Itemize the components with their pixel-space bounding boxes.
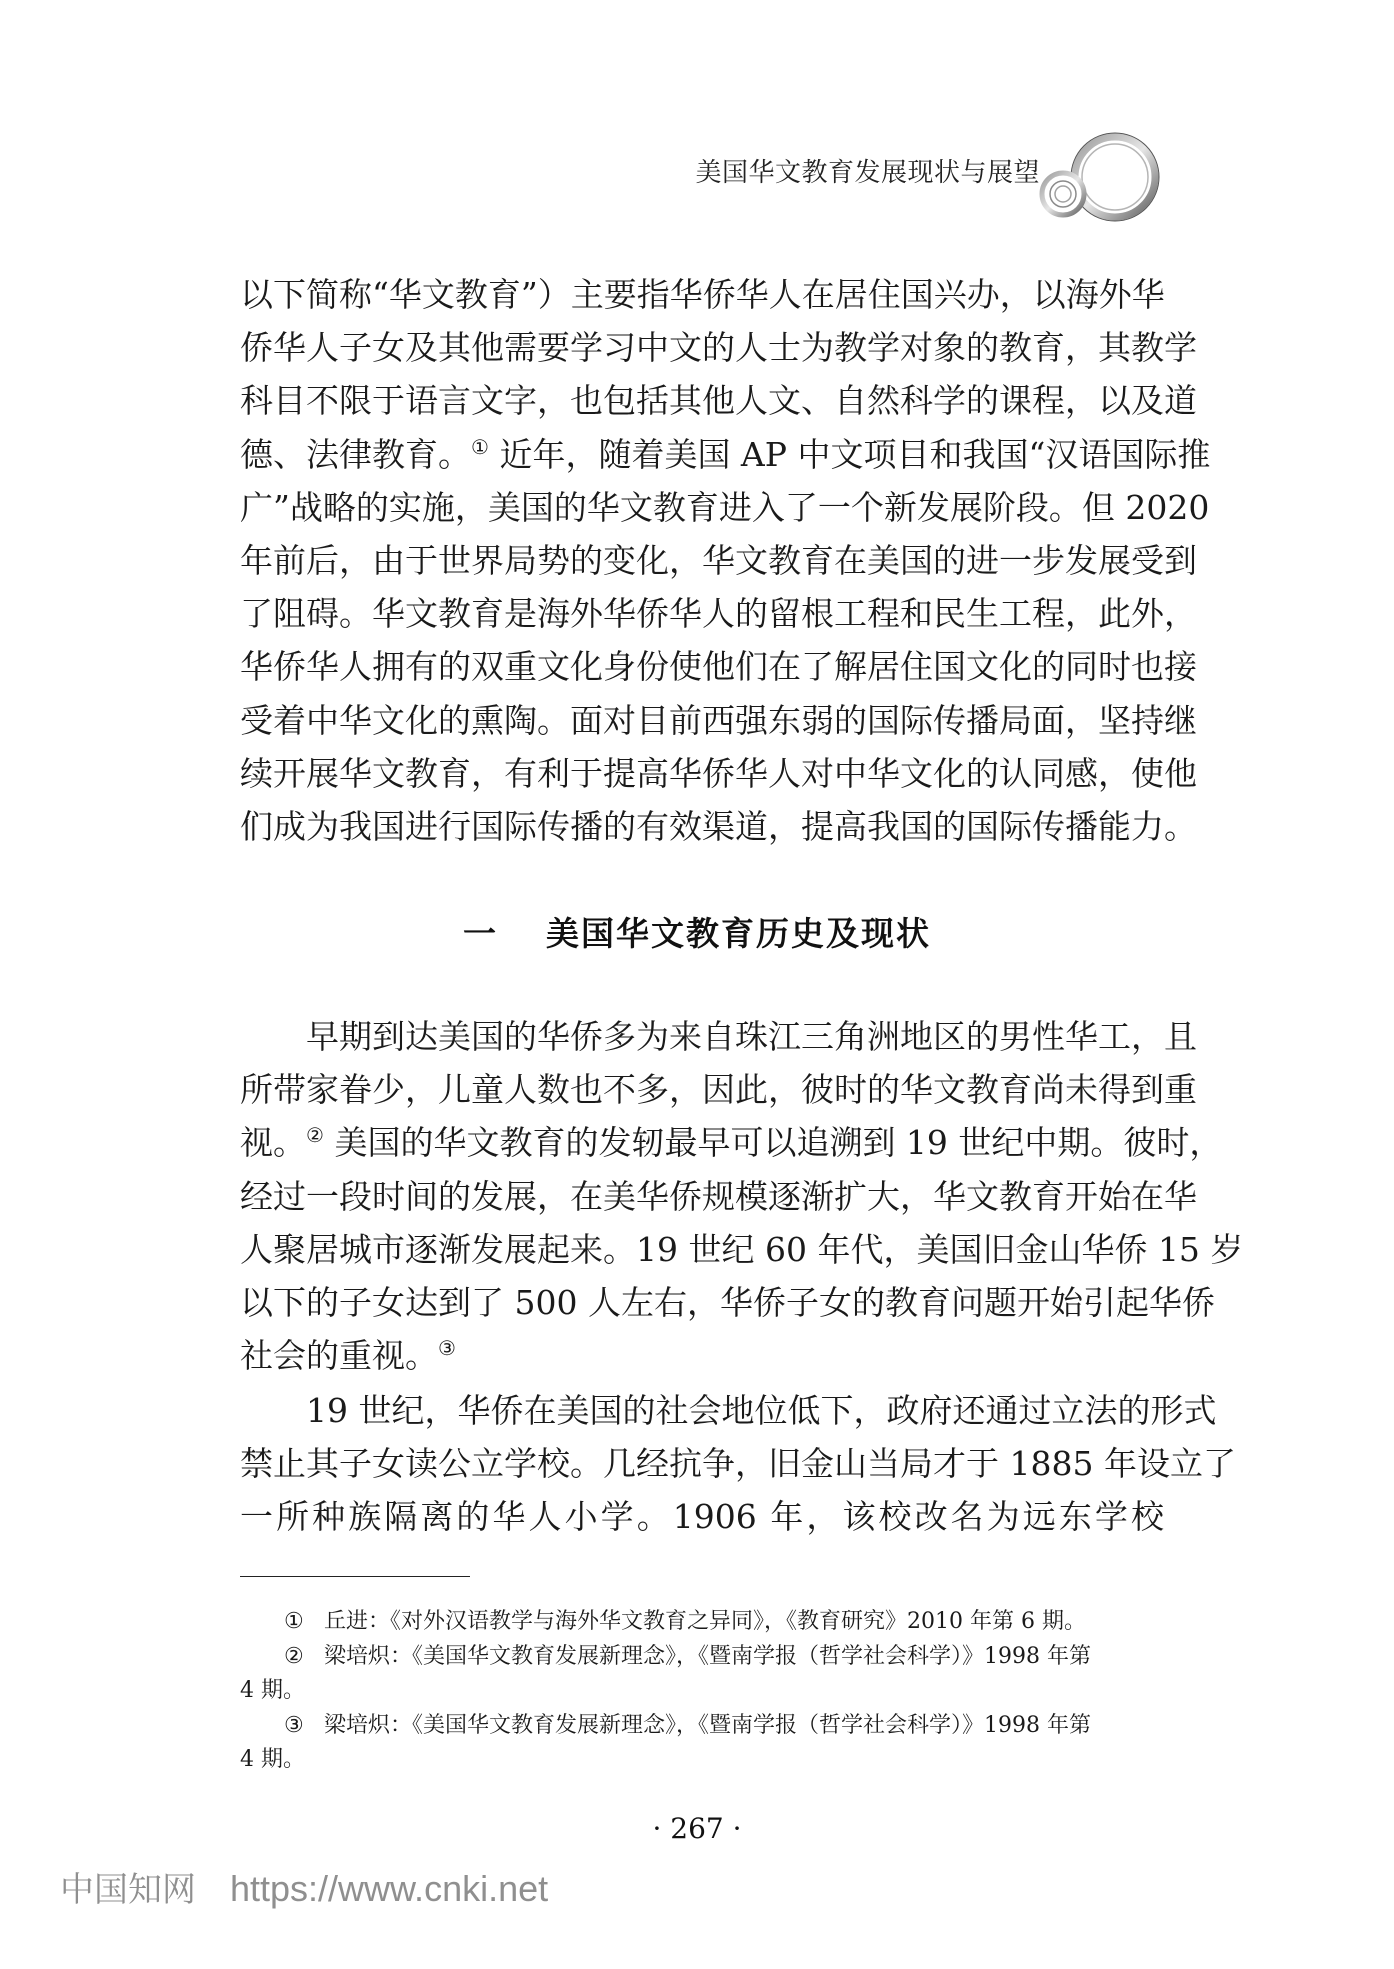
footnotes: ①丘进：《对外汉语教学与海外华文教育之异同》，《教育研究》2010 年第 6 期… [240,1605,1164,1778]
text-line: 19 世纪，华侨在美国的社会地位低下，政府还通过立法的形式 [240,1384,1164,1437]
footnote-text: 丘进：《对外汉语教学与海外华文教育之异同》，《教育研究》2010 年第 6 期。 [324,1609,1086,1634]
section-heading: 一美国华文教育历史及现状 [0,908,1394,955]
text-line-with-footnote: 社会的重视。③ [240,1329,1164,1382]
footnote-1: ①丘进：《对外汉语教学与海外华文教育之异同》，《教育研究》2010 年第 6 期… [240,1605,1164,1640]
text-line-with-footnote: 德、法律教育。① 近年，随着美国 AP 中文项目和我国“汉语国际推 [240,428,1164,481]
footnote-2-continued: 4 期。 [240,1674,1164,1709]
watermark-url: https://www.cnki.net [230,1868,548,1909]
text-line: 人聚居城市逐渐发展起来。19 世纪 60 年代，美国旧金山华侨 15 岁 [240,1223,1164,1276]
text-line: 早期到达美国的华侨多为来自珠江三角洲地区的男性华工，且 [240,1010,1164,1063]
running-header-title: 美国华文教育发展现状与展望 [640,152,1040,189]
text-line: 们成为我国进行国际传播的有效渠道，提高我国的国际传播能力。 [240,800,1164,853]
text-segment: 社会的重视。 [240,1336,438,1375]
text-line: 年前后，由于世界局势的变化，华文教育在美国的进一步发展受到 [240,534,1164,587]
text-line: 禁止其子女读公立学校。几经抗争，旧金山当局才于 1885 年设立了 [240,1437,1164,1490]
intro-paragraph: 以下简称“华文教育”）主要指华侨华人在居住国兴办，以海外华 侨华人子女及其他需要… [240,268,1164,853]
text-line: 科目不限于语言文字，也包括其他人文、自然科学的课程，以及道 [240,374,1164,427]
text-segment: 近年，随着美国 AP 中文项目和我国“汉语国际推 [499,435,1210,474]
footnote-text: 梁培炽：《美国华文教育发展新理念》，《暨南学报（哲学社会科学）》1998 年第 [324,1713,1091,1738]
footnote-ref-3[interactable]: ③ [438,1336,456,1360]
text-line-with-footnote: 视。② 美国的华文教育的发轫最早可以追溯到 19 世纪中期。彼时， [240,1116,1164,1169]
watermark-name: 中国知网 [60,1870,196,1910]
footnote-3: ③梁培炽：《美国华文教育发展新理念》，《暨南学报（哲学社会科学）》1998 年第 [240,1709,1164,1744]
section-title: 美国华文教育历史及现状 [546,914,931,953]
footnote-mark: ② [284,1640,324,1675]
cnki-watermark: 中国知网https://www.cnki.net [60,1862,548,1911]
paragraph-2: 早期到达美国的华侨多为来自珠江三角洲地区的男性华工，且 所带家眷少，儿童人数也不… [240,1010,1164,1382]
text-line: 经过一段时间的发展，在美华侨规模逐渐扩大，华文教育开始在华 [240,1170,1164,1223]
footnote-divider [240,1576,470,1577]
footnote-mark: ③ [284,1709,324,1744]
text-line: 华侨华人拥有的双重文化身份使他们在了解居住国文化的同时也接 [240,640,1164,693]
text-line: 受着中华文化的熏陶。面对目前西强东弱的国际传播局面，坚持继 [240,694,1164,747]
section-number: 一 [463,914,498,953]
text-line: 以下简称“华文教育”）主要指华侨华人在居住国兴办，以海外华 [240,268,1164,321]
text-line: 一所种族隔离的华人小学。1906 年，该校改名为远东学校 [240,1490,1164,1543]
footnote-3-continued: 4 期。 [240,1743,1164,1778]
text-line: 续开展华文教育，有利于提高华侨华人对中华文化的认同感，使他 [240,747,1164,800]
footnote-text: 梁培炽：《美国华文教育发展新理念》，《暨南学报（哲学社会科学）》1998 年第 [324,1644,1091,1669]
text-line: 以下的子女达到了 500 人左右，华侨子女的教育问题开始引起华侨 [240,1276,1164,1329]
paragraph-3: 19 世纪，华侨在美国的社会地位低下，政府还通过立法的形式 禁止其子女读公立学校… [240,1384,1164,1544]
footnote-ref-1[interactable]: ① [471,435,489,459]
text-line: 所带家眷少，儿童人数也不多，因此，彼时的华文教育尚未得到重 [240,1063,1164,1116]
footnote-ref-2[interactable]: ② [306,1123,324,1147]
text-line: 了阻碍。华文教育是海外华侨华人的留根工程和民生工程，此外， [240,587,1164,640]
text-segment: 视。 [240,1123,306,1162]
text-line: 侨华人子女及其他需要学习中文的人士为教学对象的教育，其教学 [240,321,1164,374]
text-segment: 德、法律教育。 [240,435,471,474]
text-line: 广”战略的实施，美国的华文教育进入了一个新发展阶段。但 2020 [240,481,1164,534]
text-segment: 美国的华文教育的发轫最早可以追溯到 19 世纪中期。彼时， [334,1123,1222,1162]
footnote-mark: ① [284,1605,324,1640]
double-rings-icon [1036,128,1166,228]
footnote-2: ②梁培炽：《美国华文教育发展新理念》，《暨南学报（哲学社会科学）》1998 年第 [240,1640,1164,1675]
page-number: · 267 · [0,1812,1394,1845]
